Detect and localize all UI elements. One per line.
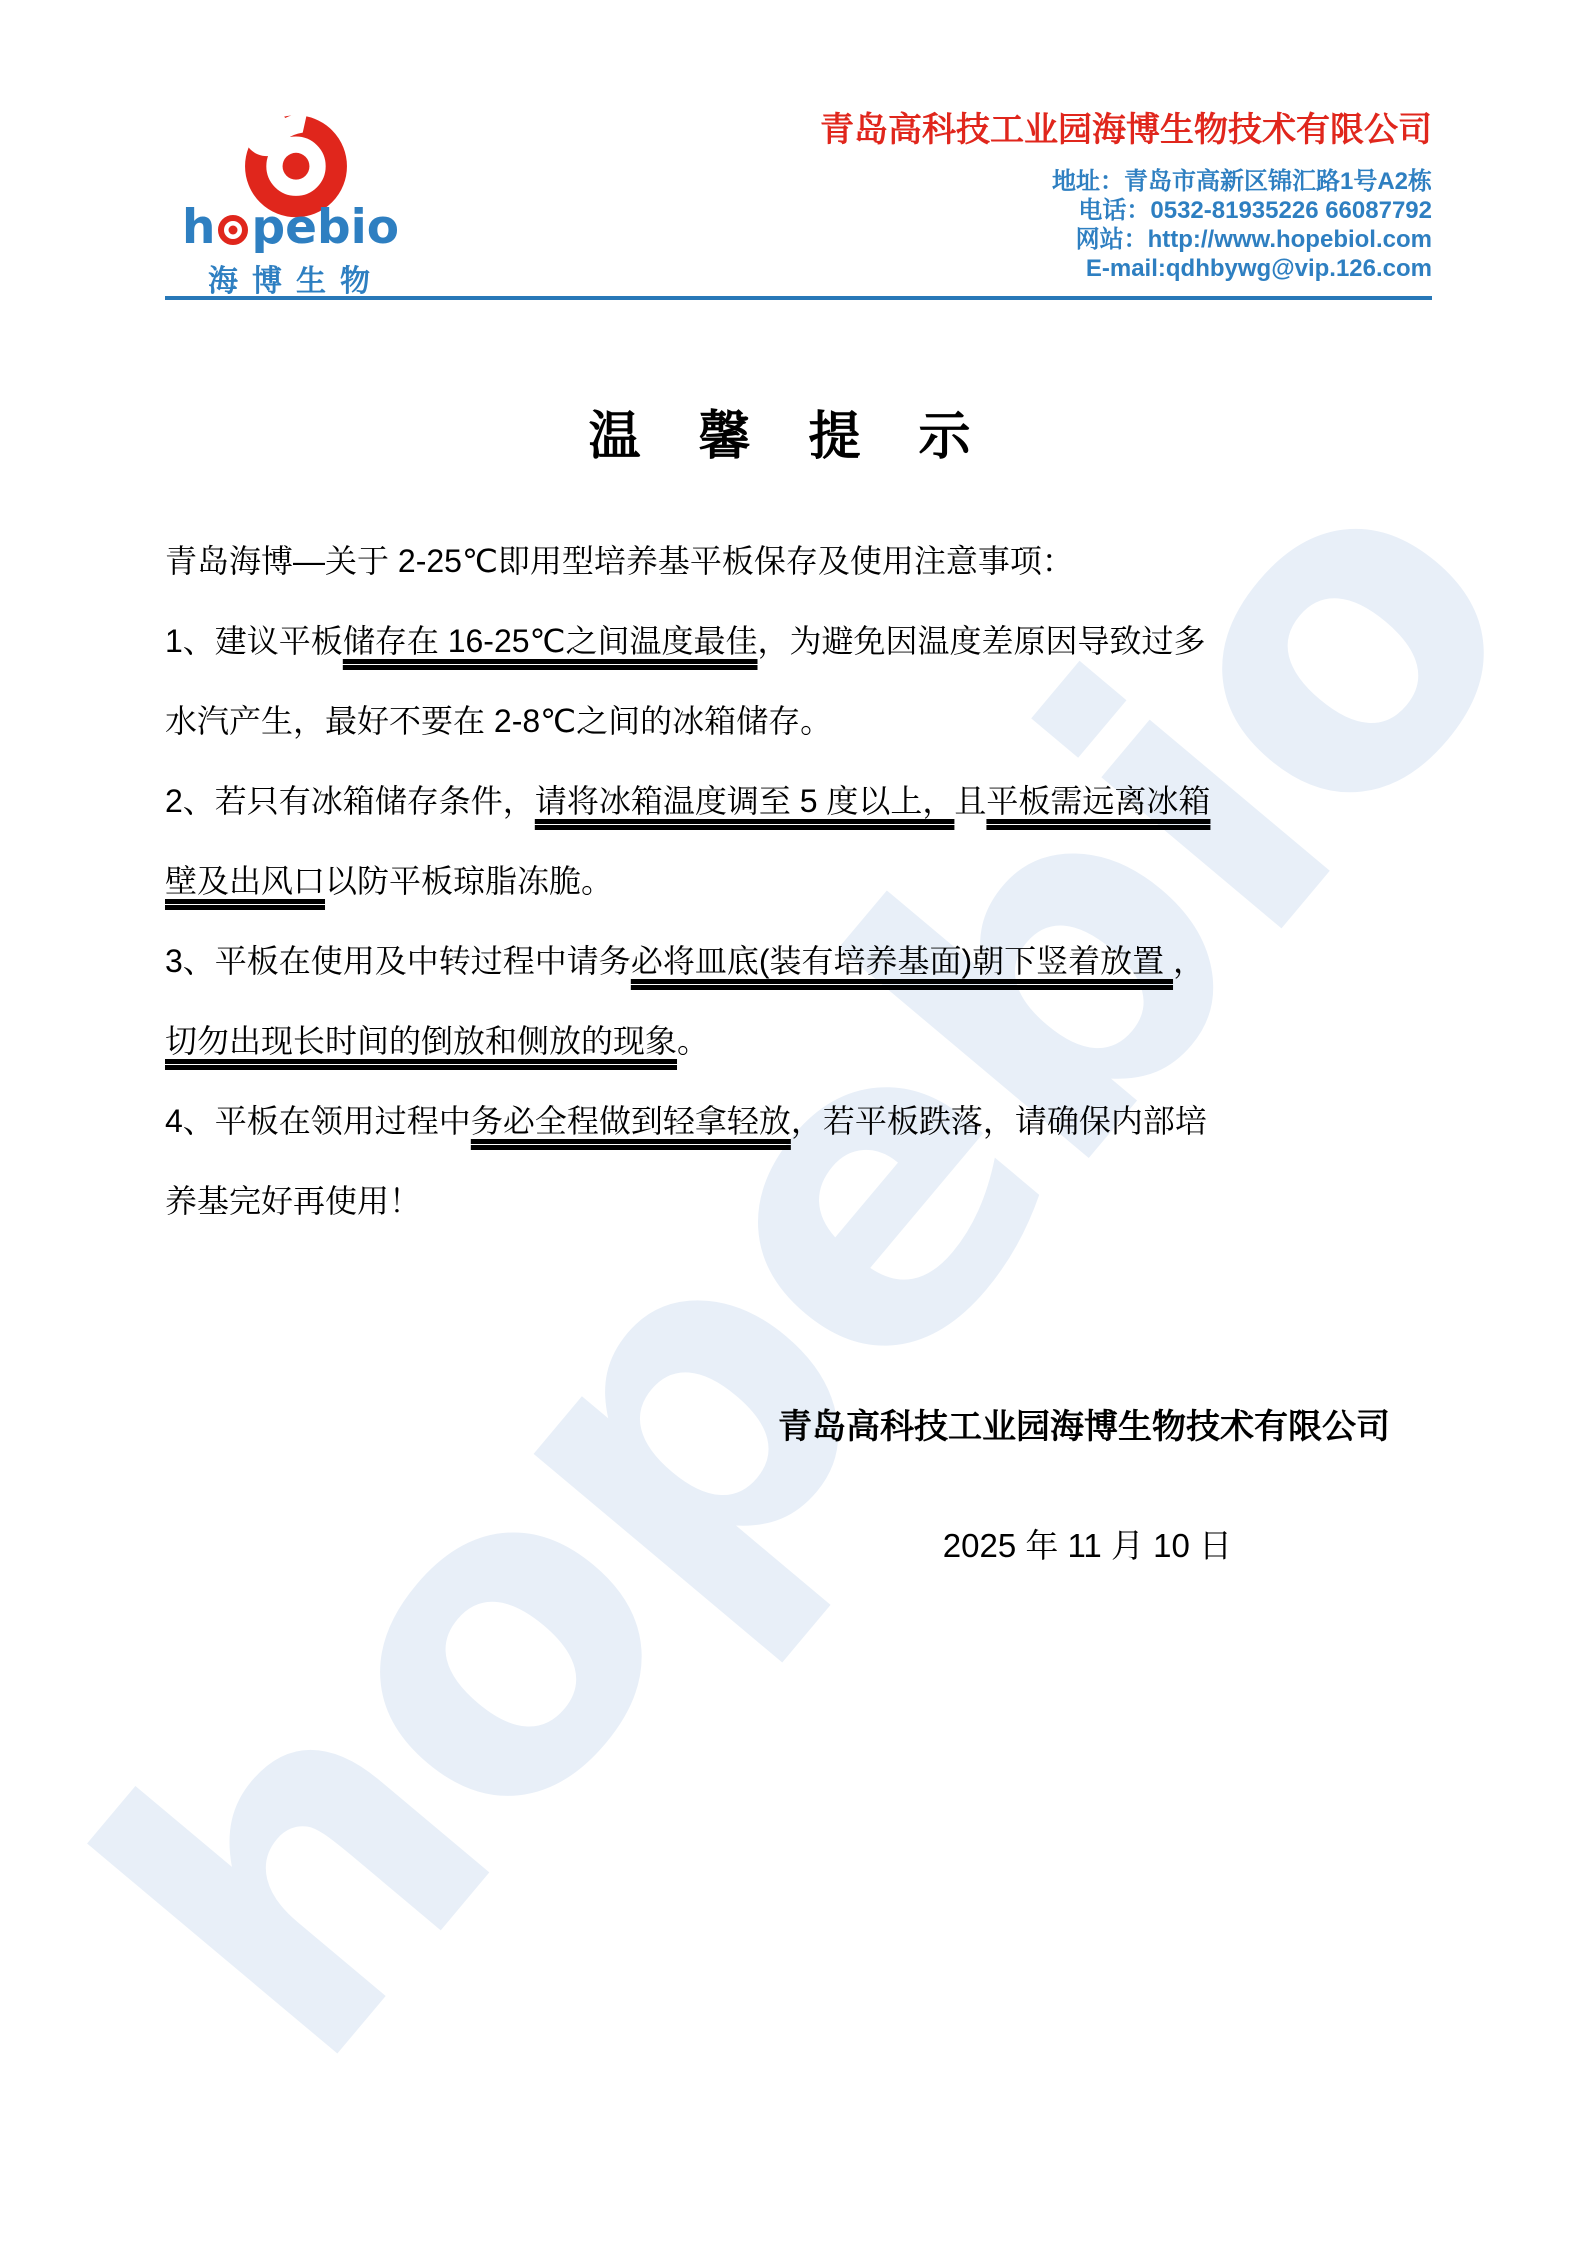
letterhead: hpebio 海博生物 青岛高科技工业园海博生物技术有限公司 地址：青岛市高新区…: [0, 0, 1588, 300]
contact-phone: 电话：0532-81935226 66087792: [820, 196, 1432, 225]
item1-line1: 1、建议平板储存在 16-25℃之间温度最佳，为避免因温度差原因导致过多: [165, 601, 1428, 681]
text-run: 水汽产生，最好不要在 2-8℃之间的冰箱储存。: [165, 703, 832, 739]
company-name: 青岛高科技工业园海博生物技术有限公司: [820, 102, 1432, 151]
item4-line2: 养基完好再使用！: [165, 1161, 1428, 1241]
document-page: hopebio hpebio 海博生物 青岛高科技工: [0, 0, 1588, 2245]
contact-address: 地址：青岛市高新区锦汇路1号A2栋: [820, 167, 1432, 196]
page-content: hpebio 海博生物 青岛高科技工业园海博生物技术有限公司 地址：青岛市高新区…: [0, 0, 1588, 1567]
text-run: 1、建议平板: [165, 623, 343, 659]
intro-line: 青岛海博—关于 2-25℃即用型培养基平板保存及使用注意事项：: [165, 521, 1428, 601]
text-run: 青岛海博—关于 2-25℃即用型培养基平板保存及使用注意事项：: [165, 543, 1074, 579]
underlined-text: 储存在 16-25℃之间温度最佳: [343, 623, 758, 659]
underlined-text: 请将冰箱温度调至 5 度以上，: [535, 783, 955, 819]
contact-email: E-mail:qdhbywg@vip.126.com: [820, 254, 1432, 283]
text-run: 且: [954, 783, 986, 819]
text-run: 养基完好再使用！: [165, 1183, 421, 1219]
notice-title: 温馨提示: [29, 394, 1588, 469]
item3-line2: 切勿出现长时间的倒放和侧放的现象。: [165, 1001, 1428, 1081]
logo-wordmark: hpebio: [182, 204, 422, 254]
text-run: 2、若只有冰箱储存条件，: [165, 783, 535, 819]
contact-website: 网站：http://www.hopebiol.com: [820, 225, 1432, 254]
text-run: 。: [677, 1023, 709, 1059]
letterhead-contact-block: 青岛高科技工业园海博生物技术有限公司 地址：青岛市高新区锦汇路1号A2栋 电话：…: [820, 102, 1432, 283]
header-divider-line: [165, 296, 1432, 300]
text-run: ，为避免因温度差原因导致过多: [758, 623, 1206, 659]
underlined-text: 平板需远离冰箱: [986, 783, 1210, 819]
item2-line1: 2、若只有冰箱储存条件，请将冰箱温度调至 5 度以上，且平板需远离冰箱: [165, 761, 1428, 841]
text-run: ，若平板跌落，请确保内部培: [791, 1103, 1207, 1139]
text-run: 3、平板在使用及中转过程中请务: [165, 943, 631, 979]
signature-date: 2025 年 11 月 10 日: [0, 1520, 1588, 1567]
underlined-text: 壁及出风口: [165, 863, 325, 899]
text-run: 4、平板在领用过程中: [165, 1103, 471, 1139]
text-run: 以防平板琼脂冻脆。: [325, 863, 613, 899]
logo-chinese-name: 海博生物: [208, 256, 384, 300]
logo-letters-rest: pebio: [251, 200, 399, 255]
underlined-text: 必将皿底(装有培养基面)朝下竖着放置: [631, 943, 1173, 979]
underlined-text: 切勿出现长时间的倒放和侧放的现象: [165, 1023, 677, 1059]
underlined-text: 务必全程做到轻拿轻放: [471, 1103, 791, 1139]
signature-company: 青岛高科技工业园海博生物技术有限公司: [0, 1399, 1588, 1448]
item4-line1: 4、平板在领用过程中务必全程做到轻拿轻放，若平板跌落，请确保内部培: [165, 1081, 1428, 1161]
item2-line2: 壁及出风口以防平板琼脂冻脆。: [165, 841, 1428, 921]
logo-letter-h: h: [182, 200, 215, 255]
item1-line2: 水汽产生，最好不要在 2-8℃之间的冰箱储存。: [165, 681, 1428, 761]
text-run: ，: [1173, 943, 1205, 979]
notice-body: 青岛海博—关于 2-25℃即用型培养基平板保存及使用注意事项： 1、建议平板储存…: [0, 521, 1588, 1241]
item3-line1: 3、平板在使用及中转过程中请务必将皿底(装有培养基面)朝下竖着放置 ，: [165, 921, 1428, 1001]
bullseye-icon: [215, 207, 251, 254]
